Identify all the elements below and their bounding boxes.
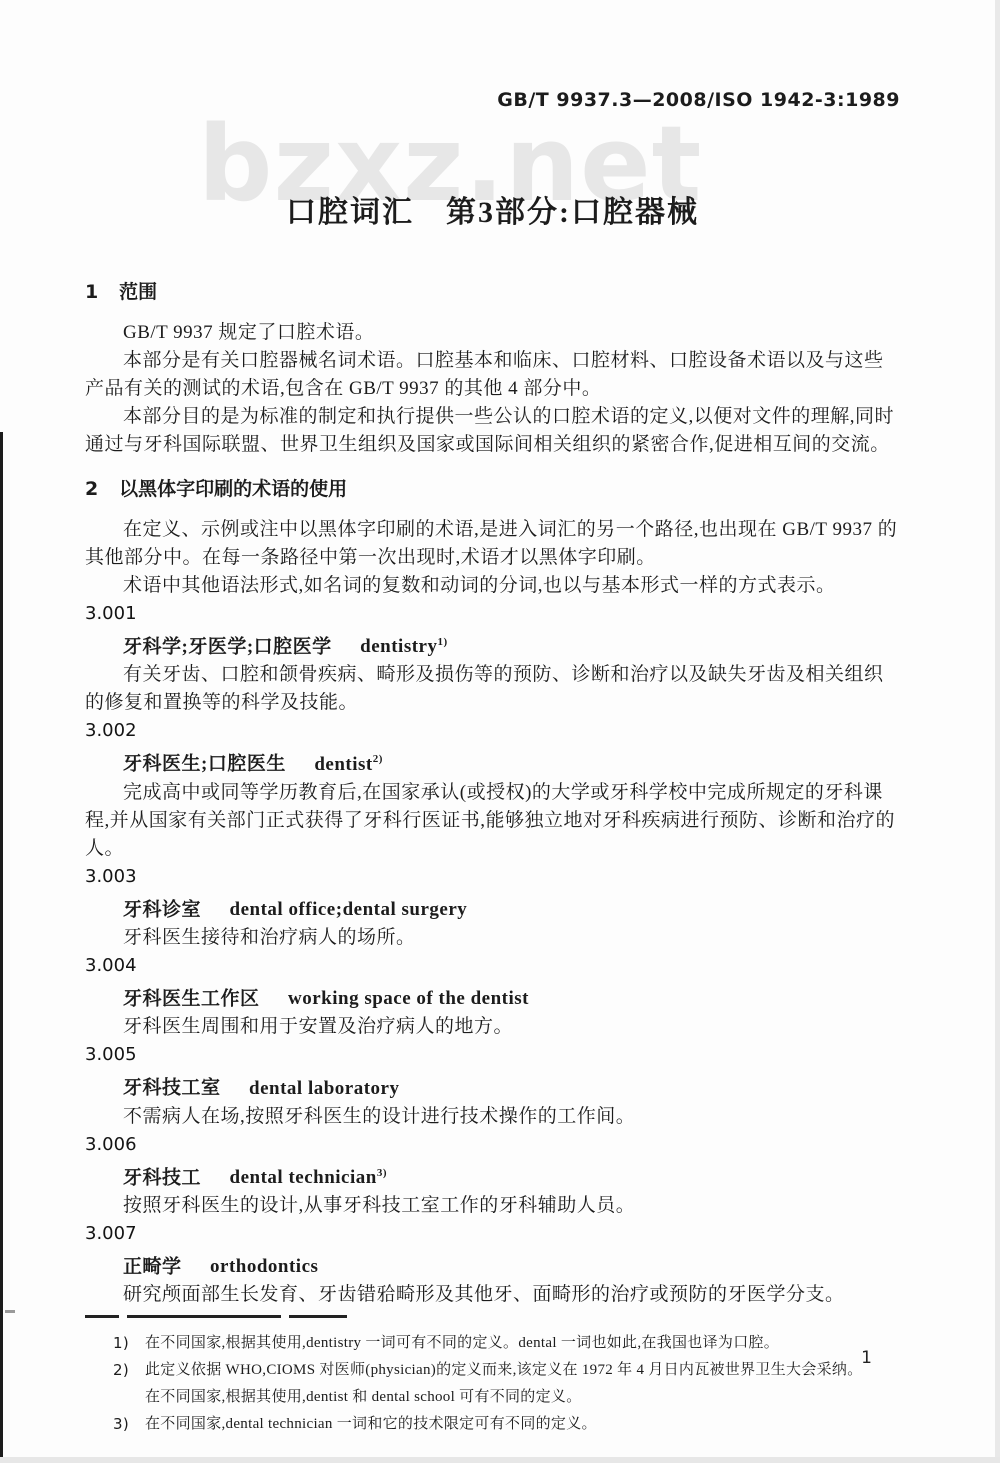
term-entry-3005: 3.005 牙科技工室dental laboratory 不需病人在场,按照牙科… (85, 1041, 900, 1130)
footnote-ref: 1) (437, 636, 447, 648)
term-definition: 牙科医生周围和用于安置及治疗病人的地方。 (85, 1013, 900, 1041)
footnote-marker: 2) (113, 1357, 145, 1411)
section-2-paragraph: 在定义、示例或注中以黑体字印刷的术语,是进入词汇的另一个路径,也出现在 GB/T… (85, 516, 900, 572)
section-1-paragraph: 本部分目的是为标准的制定和执行提供一些公认的口腔术语的定义,以便对文件的理解,同… (85, 403, 900, 459)
term-en: orthodontics (210, 1256, 318, 1277)
term-entry-3002: 3.002 牙科医生;口腔医生dentist2) 完成高中或同等学历教育后,在国… (85, 717, 900, 862)
term-names: 牙科技工dental technician3) (85, 1159, 900, 1192)
footnote-text: 在不同国家,根据其使用,dentistry 一词可有不同的定义。dental 一… (145, 1330, 875, 1357)
footnote-2: 2) 此定义依据 WHO,CIOMS 对医师(physician)的定义而来,该… (113, 1357, 900, 1411)
scan-edge-right (995, 0, 1000, 1463)
term-en: dental office;dental surgery (230, 899, 468, 920)
term-entry-3007: 3.007 正畸学orthodontics 研究颅面部生长发育、牙齿错𬌗畸形及其… (85, 1220, 900, 1309)
section-2-title: 以黑体字印刷的术语的使用 (119, 479, 347, 500)
term-id: 3.003 (85, 863, 900, 891)
term-names: 牙科技工室dental laboratory (85, 1069, 900, 1102)
term-en: dental technician (230, 1167, 377, 1188)
section-1-heading: 1范围 (85, 278, 900, 307)
term-zh: 牙科医生;口腔医生 (123, 754, 286, 775)
document-page: bzxz.net GB/T 9937.3—2008/ISO 1942-3:198… (0, 0, 1000, 1463)
section-1-paragraph: GB/T 9937 规定了口腔术语。 (85, 319, 900, 347)
footnotes-block: 1) 在不同国家,根据其使用,dentistry 一词可有不同的定义。denta… (85, 1330, 900, 1438)
term-zh: 正畸学 (123, 1256, 182, 1277)
scan-margin-mark (5, 1310, 15, 1313)
page-content: GB/T 9937.3—2008/ISO 1942-3:1989 口腔词汇 第3… (85, 0, 900, 1438)
term-definition: 有关牙齿、口腔和颌骨疾病、畸形及损伤等的预防、诊断和治疗以及缺失牙齿及相关组织的… (85, 661, 900, 717)
section-1-paragraph: 本部分是有关口腔器械名词术语。口腔基本和临床、口腔材料、口腔设备术语以及与这些产… (85, 347, 900, 403)
term-definition: 不需病人在场,按照牙科医生的设计进行技术操作的工作间。 (85, 1103, 900, 1131)
footnote-3: 3) 在不同国家,dental technician 一词和它的技术限定可有不同… (113, 1411, 900, 1438)
document-title: 口腔词汇 第3部分:口腔器械 (85, 196, 900, 230)
term-id: 3.006 (85, 1131, 900, 1159)
footnote-marker: 3) (113, 1411, 145, 1438)
section-2-number: 2 (85, 478, 98, 500)
term-en: working space of the dentist (288, 988, 529, 1009)
term-id: 3.001 (85, 600, 900, 628)
term-definition: 按照牙科医生的设计,从事牙科技工室工作的牙科辅助人员。 (85, 1192, 900, 1220)
footnote-ref: 2) (373, 753, 383, 765)
term-id: 3.004 (85, 952, 900, 980)
section-2-heading: 2以黑体字印刷的术语的使用 (85, 475, 900, 504)
term-definition: 研究颅面部生长发育、牙齿错𬌗畸形及其他牙、面畸形的治疗或预防的牙医学分支。 (85, 1281, 900, 1309)
term-en: dentistry (360, 636, 437, 657)
term-entry-3001: 3.001 牙科学;牙医学;口腔医学dentistry1) 有关牙齿、口腔和颌骨… (85, 600, 900, 717)
section-1-title: 范围 (119, 282, 157, 303)
footnote-1: 1) 在不同国家,根据其使用,dentistry 一词可有不同的定义。denta… (113, 1330, 900, 1357)
scan-edge-bottom (0, 1457, 1000, 1463)
term-names: 牙科医生工作区working space of the dentist (85, 980, 900, 1013)
footnote-ref: 3) (377, 1167, 387, 1179)
term-zh: 牙科学;牙医学;口腔医学 (123, 636, 332, 657)
term-en: dental laboratory (249, 1078, 399, 1099)
footnote-text: 此定义依据 WHO,CIOMS 对医师(physician)的定义而来,该定义在… (145, 1357, 875, 1411)
section-2-paragraph: 术语中其他语法形式,如名词的复数和动词的分词,也以与基本形式一样的方式表示。 (85, 572, 900, 600)
term-zh: 牙科技工 (123, 1167, 201, 1188)
term-names: 牙科诊室dental office;dental surgery (85, 891, 900, 924)
footnote-marker: 1) (113, 1330, 145, 1357)
term-id: 3.002 (85, 717, 900, 745)
term-entry-3003: 3.003 牙科诊室dental office;dental surgery 牙… (85, 863, 900, 952)
term-zh: 牙科诊室 (123, 899, 201, 920)
term-entry-3006: 3.006 牙科技工dental technician3) 按照牙科医生的设计,… (85, 1131, 900, 1220)
standard-code: GB/T 9937.3—2008/ISO 1942-3:1989 (85, 0, 900, 112)
term-definition: 牙科医生接待和治疗病人的场所。 (85, 924, 900, 952)
footnote-separator-rule (85, 1315, 347, 1318)
scan-edge-left (0, 432, 3, 1463)
term-definition: 完成高中或同等学历教育后,在国家承认(或授权)的大学或牙科学校中完成所规定的牙科… (85, 779, 900, 863)
term-zh: 牙科医生工作区 (123, 988, 260, 1009)
term-names: 正畸学orthodontics (85, 1248, 900, 1281)
section-1-number: 1 (85, 281, 98, 303)
term-id: 3.007 (85, 1220, 900, 1248)
terms-list: 3.001 牙科学;牙医学;口腔医学dentistry1) 有关牙齿、口腔和颌骨… (85, 600, 900, 1309)
term-names: 牙科医生;口腔医生dentist2) (85, 745, 900, 778)
footnote-text: 在不同国家,dental technician 一词和它的技术限定可有不同的定义… (145, 1411, 875, 1438)
term-id: 3.005 (85, 1041, 900, 1069)
term-entry-3004: 3.004 牙科医生工作区working space of the dentis… (85, 952, 900, 1041)
term-zh: 牙科技工室 (123, 1078, 221, 1099)
term-names: 牙科学;牙医学;口腔医学dentistry1) (85, 628, 900, 661)
term-en: dentist (314, 754, 372, 775)
